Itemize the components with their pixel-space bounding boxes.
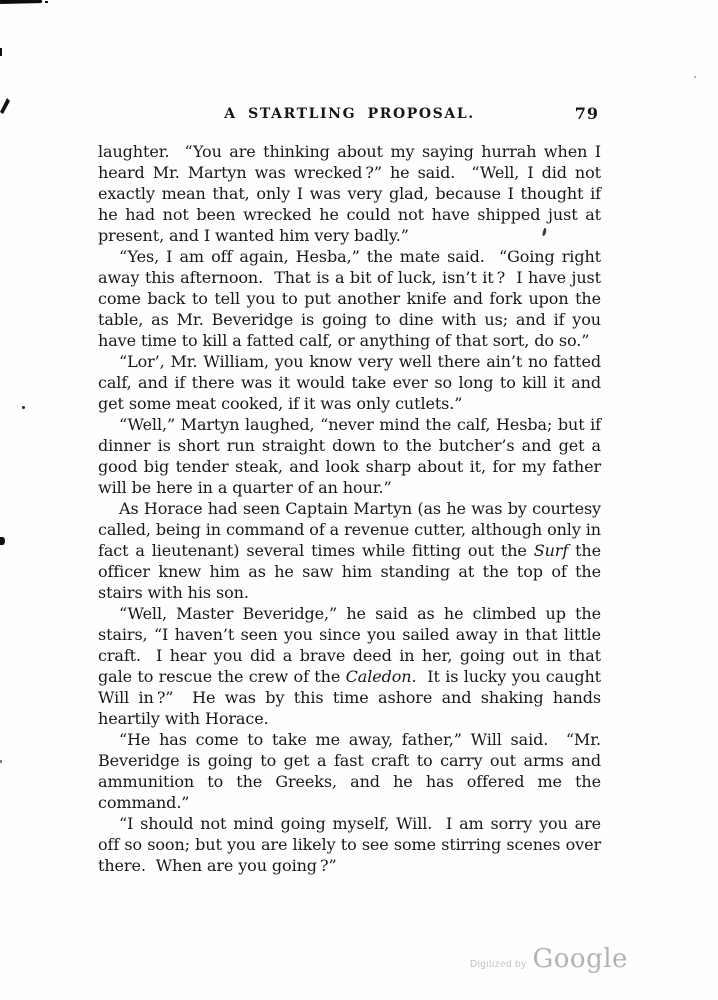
paragraph: “He has come to take me away, father,” W… [98,729,601,813]
paragraph: laughter. “You are thinking about my say… [98,141,601,246]
google-logo: Google [533,944,628,974]
paragraph: As Horace had seen Captain Martyn (as he… [98,498,601,603]
scan-artifact-right-speck [694,76,696,78]
page-header: A STARTLING PROPOSAL. 79 [98,106,601,126]
paragraph: “Well,” Martyn laughed, “never mind the … [98,414,601,498]
page-number: 79 [575,104,599,123]
scan-artifact-left-blob [0,537,5,545]
paragraph: “Yes, I am off again, Hesba,” the mate s… [98,246,601,351]
scan-artifact-left-speck [0,760,2,763]
watermark: Digitized by Google [470,944,628,974]
italic-ship-name: Caledon [346,667,412,686]
scan-artifact-top-speck [45,1,48,3]
scan-artifact-left-slash [0,97,10,114]
paragraph: “I should not mind going myself, Will. I… [98,813,601,876]
running-title: A STARTLING PROPOSAL. [224,106,475,122]
page-text: laughter. “You are thinking about my say… [98,141,601,876]
italic-ship-name: Surf [534,541,568,560]
scan-artifact-margin-dot [22,406,25,409]
book-page-scan: A STARTLING PROPOSAL. 79 laughter. “You … [0,0,718,1000]
paragraph: “Well, Master Beveridge,” he said as he … [98,603,601,729]
scan-artifact-top-streak [0,0,42,4]
watermark-prefix: Digitized by [470,959,527,970]
paragraph: “Lor’, Mr. William, you know very well t… [98,351,601,414]
scan-artifact-left-tick [0,48,2,56]
